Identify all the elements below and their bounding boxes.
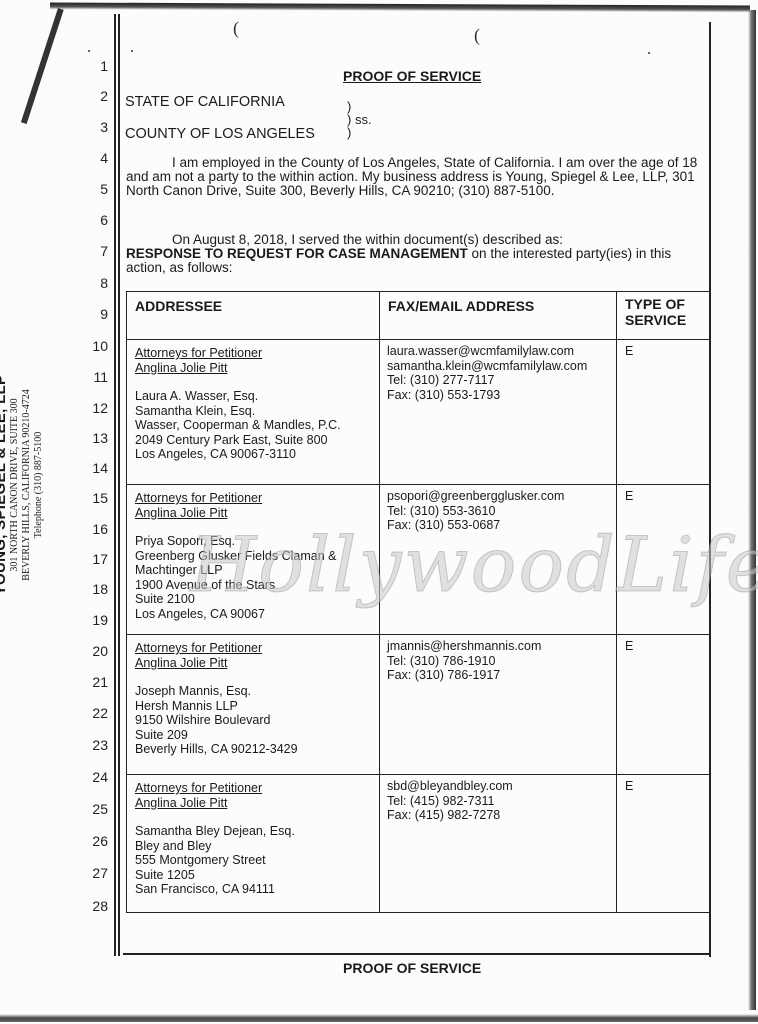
margin-mark: (: [474, 25, 480, 46]
service-type-cell: E: [617, 340, 710, 485]
contact-line: Tel: (310) 553-3610: [387, 504, 609, 519]
scan-edge-left: [21, 8, 64, 124]
line-number: 26: [86, 833, 108, 849]
address-line: Los Angeles, CA 90067-3110: [135, 447, 371, 462]
addressee-cell: Attorneys for PetitionerAnglina Jolie Pi…: [127, 775, 380, 913]
line-number: 6: [86, 212, 108, 228]
service-type-cell: E: [617, 485, 710, 635]
line-number: 5: [86, 181, 108, 197]
address-line: 2049 Century Park East, Suite 800: [135, 433, 371, 448]
line-number: 4: [86, 150, 108, 166]
line-number: 25: [86, 801, 108, 817]
role-line: Attorneys for Petitioner: [135, 346, 371, 361]
line-number: 7: [86, 243, 108, 259]
contact-line: Fax: (415) 982-7278: [387, 808, 609, 823]
line-number: 27: [86, 865, 108, 881]
address-line: Suite 1205: [135, 868, 371, 883]
venue-bracket-ss: ) ss.: [347, 114, 372, 125]
line-number: 9: [86, 306, 108, 322]
contact-line: jmannis@hershmannis.com: [387, 639, 609, 654]
contact-line: laura.wasser@wcmfamilylaw.com: [387, 344, 609, 359]
address-line: Suite 2100: [135, 592, 371, 607]
page-title: PROOF OF SERVICE: [343, 68, 481, 84]
address-line: Greenberg Glusker Fields Claman &: [135, 549, 371, 564]
service-type-cell: E: [617, 635, 710, 775]
venue-county: COUNTY OF LOS ANGELES: [125, 126, 315, 142]
contact-line: Fax: (310) 553-1793: [387, 388, 609, 403]
line-number: 14: [86, 460, 108, 476]
table-row: Attorneys for PetitionerAnglina Jolie Pi…: [127, 635, 710, 775]
declaration-paragraph: I am employed in the County of Los Angel…: [126, 156, 706, 198]
line-number: 15: [86, 490, 108, 506]
address-line: Suite 209: [135, 728, 371, 743]
line-number: 12: [86, 400, 108, 416]
address-line: 1900 Avenue of the Stars: [135, 578, 371, 593]
line-number: 16: [86, 521, 108, 537]
contact-line: Fax: (310) 786-1917: [387, 668, 609, 683]
line-number: 24: [86, 769, 108, 785]
address-line: 9150 Wilshire Boulevard: [135, 713, 371, 728]
address-line: Laura A. Wasser, Esq.: [135, 389, 371, 404]
role-line: Attorneys for Petitioner: [135, 781, 371, 796]
contact-line: psopori@greenbergglusker.com: [387, 489, 609, 504]
firm-name: YOUNG, SPIEGEL & LEE, LLP: [0, 305, 9, 665]
address-line: Beverly Hills, CA 90212-3429: [135, 742, 371, 757]
margin-rule: [118, 14, 120, 956]
contact-cell: sbd@bleyandbley.comTel: (415) 982-7311Fa…: [380, 775, 617, 913]
address-line: Joseph Mannis, Esq.: [135, 684, 371, 699]
firm-address-1: 301 NORTH CANON DRIVE, SUITE 300: [9, 305, 21, 665]
firm-sidebar: YOUNG, SPIEGEL & LEE, LLP 301 NORTH CANO…: [0, 305, 72, 665]
address-line: San Francisco, CA 94111: [135, 882, 371, 897]
service-type-cell: E: [617, 775, 710, 913]
margin-rule: [114, 14, 116, 956]
header-type-of-service: TYPE OF SERVICE: [617, 292, 710, 340]
footer-title: PROOF OF SERVICE: [343, 960, 481, 976]
table-header-row: ADDRESSEE FAX/EMAIL ADDRESS TYPE OF SERV…: [127, 292, 710, 340]
line-number: 10: [86, 338, 108, 354]
venue-state: STATE OF CALIFORNIA: [125, 94, 285, 110]
scan-speck: [648, 52, 650, 54]
address-line: Machtinger LLP: [135, 563, 371, 578]
line-number: 18: [86, 581, 108, 597]
header-addressee: ADDRESSEE: [127, 292, 380, 340]
line-number: 8: [86, 275, 108, 291]
service-paragraph: On August 8, 2018, I served the within d…: [126, 233, 706, 275]
contact-line: samantha.klein@wcmfamilylaw.com: [387, 359, 609, 374]
contact-line: Tel: (310) 786-1910: [387, 654, 609, 669]
table-row: Attorneys for PetitionerAnglina Jolie Pi…: [127, 775, 710, 913]
table-row: Attorneys for PetitionerAnglina Jolie Pi…: [127, 485, 710, 635]
addressee-cell: Attorneys for PetitionerAnglina Jolie Pi…: [127, 485, 380, 635]
scan-edge-top: [50, 2, 750, 12]
document-page: ( ( 123456789101112131415161718192021222…: [0, 0, 758, 1024]
role-line: Attorneys for Petitioner: [135, 641, 371, 656]
line-number: 21: [86, 674, 108, 690]
line-number: 19: [86, 612, 108, 628]
client-line: Anglina Jolie Pitt: [135, 656, 371, 671]
contact-line: sbd@bleyandbley.com: [387, 779, 609, 794]
line-number: 3: [86, 119, 108, 135]
client-line: Anglina Jolie Pitt: [135, 361, 371, 376]
scan-edge-right: [748, 10, 756, 1010]
address-line: Samantha Klein, Esq.: [135, 404, 371, 419]
address-line: Hersh Mannis LLP: [135, 699, 371, 714]
contact-line: Tel: (310) 277-7117: [387, 373, 609, 388]
address-line: Samantha Bley Dejean, Esq.: [135, 824, 371, 839]
line-number: 28: [86, 898, 108, 914]
line-number: 22: [86, 705, 108, 721]
footer-rule: [123, 953, 709, 955]
role-line: Attorneys for Petitioner: [135, 491, 371, 506]
scan-speck: [88, 50, 90, 52]
declaration-text: I am employed in the County of Los Angel…: [126, 155, 697, 198]
served-document-title: RESPONSE TO REQUEST FOR CASE MANAGEMENT: [126, 246, 468, 261]
line-number: 17: [86, 551, 108, 567]
scan-edge-bottom: [0, 1014, 758, 1022]
scan-speck: [131, 50, 133, 52]
client-line: Anglina Jolie Pitt: [135, 796, 371, 811]
addressee-cell: Attorneys for PetitionerAnglina Jolie Pi…: [127, 635, 380, 775]
firm-address-2: BEVERLY HILLS, CALIFORNIA 90210-4724: [21, 305, 33, 665]
address-line: Bley and Bley: [135, 839, 371, 854]
header-fax-email: FAX/EMAIL ADDRESS: [380, 292, 617, 340]
line-number: 1: [86, 58, 108, 74]
table-row: Attorneys for PetitionerAnglina Jolie Pi…: [127, 340, 710, 485]
line-number: 2: [86, 88, 108, 104]
service-intro: On August 8, 2018, I served the within d…: [172, 232, 563, 247]
contact-line: Fax: (310) 553-0687: [387, 518, 609, 533]
venue-bracket: ): [347, 101, 351, 112]
address-line: Priya Sopori, Esq.: [135, 534, 371, 549]
address-line: 555 Montgomery Street: [135, 853, 371, 868]
line-number: 20: [86, 643, 108, 659]
contact-line: Tel: (415) 982-7311: [387, 794, 609, 809]
line-number: 23: [86, 737, 108, 753]
addressee-cell: Attorneys for PetitionerAnglina Jolie Pi…: [127, 340, 380, 485]
contact-cell: psopori@greenbergglusker.comTel: (310) 5…: [380, 485, 617, 635]
contact-cell: jmannis@hershmannis.comTel: (310) 786-19…: [380, 635, 617, 775]
firm-telephone: Telephone (310) 887-5100: [33, 305, 45, 665]
contact-cell: laura.wasser@wcmfamilylaw.comsamantha.kl…: [380, 340, 617, 485]
service-list-table: ADDRESSEE FAX/EMAIL ADDRESS TYPE OF SERV…: [126, 291, 710, 913]
line-number: 11: [86, 369, 108, 385]
venue-bracket: ): [347, 127, 351, 138]
address-line: Wasser, Cooperman & Mandles, P.C.: [135, 418, 371, 433]
margin-mark: (: [233, 18, 239, 39]
address-line: Los Angeles, CA 90067: [135, 607, 371, 622]
client-line: Anglina Jolie Pitt: [135, 506, 371, 521]
line-number: 13: [86, 430, 108, 446]
